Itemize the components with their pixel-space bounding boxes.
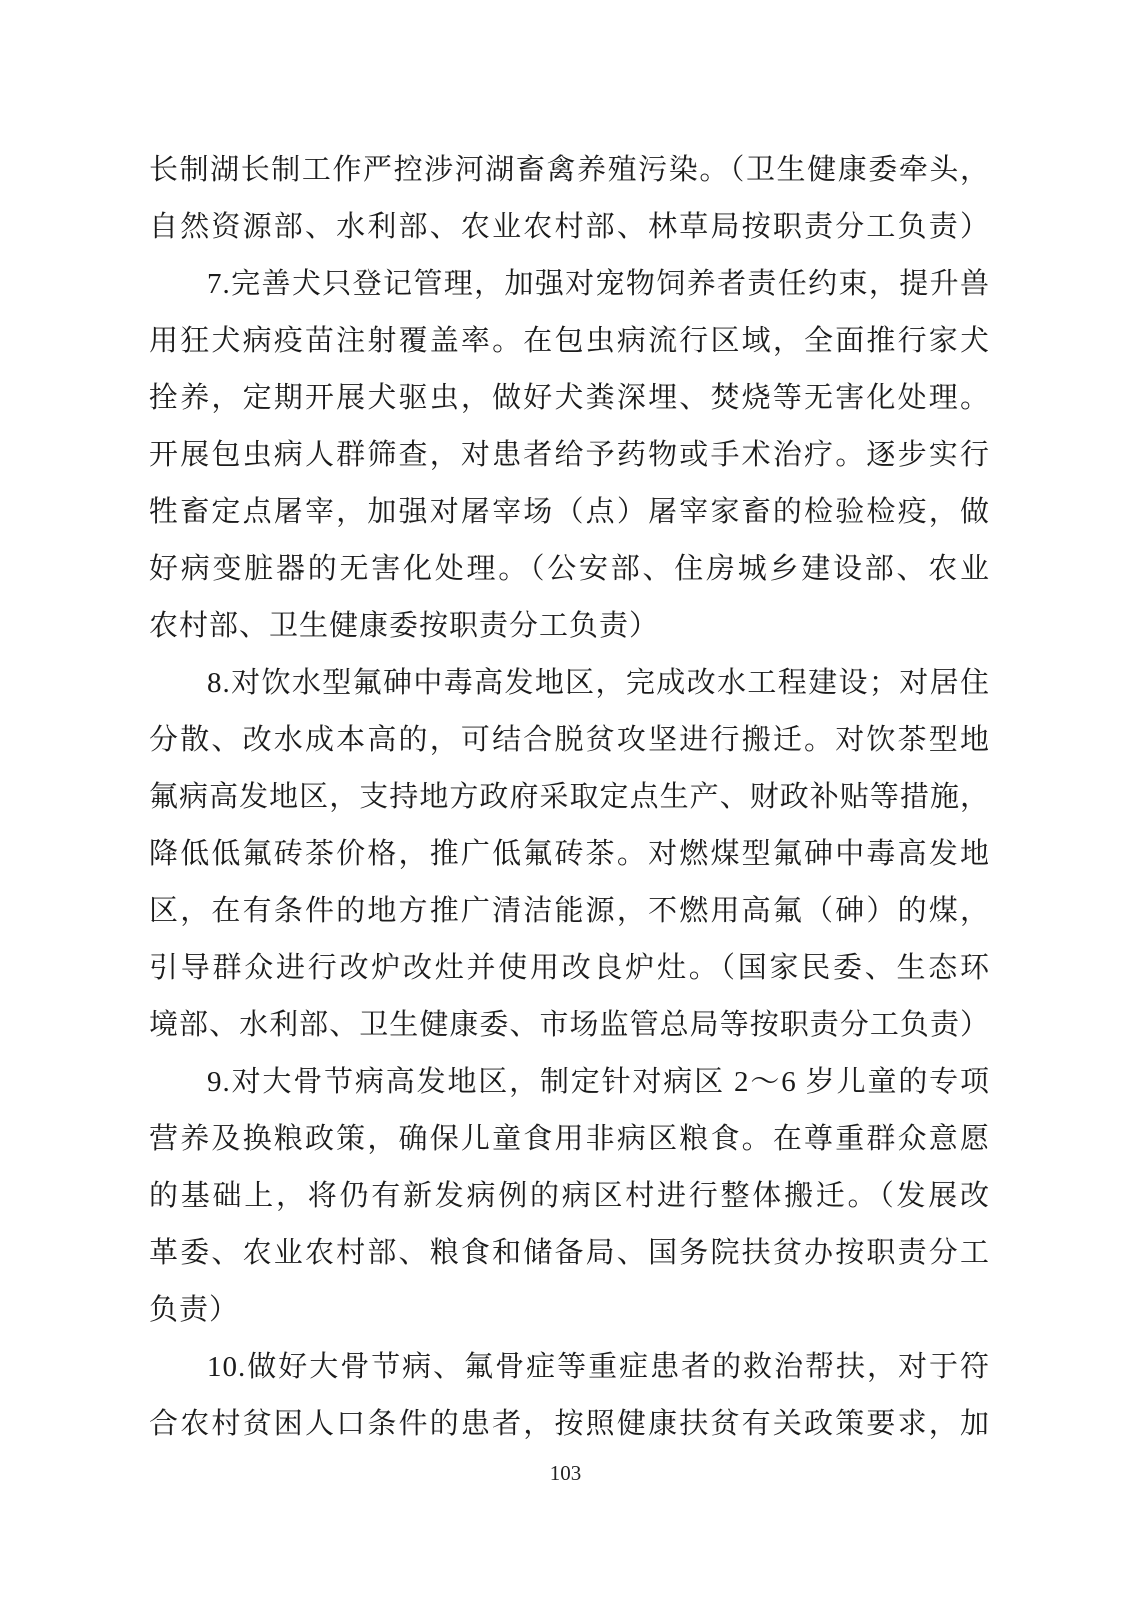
text-line: 营养及换粮政策，确保儿童食用非病区粮食。在尊重群众意愿 xyxy=(149,1111,990,1168)
text-line: 农村部、卫生健康委按职责分工负责） xyxy=(149,598,990,655)
text-line: 引导群众进行改炉改灶并使用改良炉灶。（国家民委、生态环 xyxy=(149,940,990,997)
paragraph-item-10: 10.做好大骨节病、氟骨症等重症患者的救治帮扶，对于符 合农村贫困人口条件的患者… xyxy=(149,1339,990,1453)
text-line: 境部、水利部、卫生健康委、市场监管总局等按职责分工负责） xyxy=(149,997,990,1054)
paragraph-item-7: 7.完善犬只登记管理，加强对宠物饲养者责任约束，提升兽 用狂犬病疫苗注射覆盖率。… xyxy=(149,256,990,655)
text-line: 8.对饮水型氟砷中毒高发地区，完成改水工程建设；对居住 xyxy=(149,655,990,712)
paragraph-item-9: 9.对大骨节病高发地区，制定针对病区 2～6 岁儿童的专项 营养及换粮政策，确保… xyxy=(149,1054,990,1339)
text-line: 革委、农业农村部、粮食和储备局、国务院扶贫办按职责分工 xyxy=(149,1225,990,1282)
text-line: 开展包虫病人群筛查，对患者给予药物或手术治疗。逐步实行 xyxy=(149,427,990,484)
text-line: 负责） xyxy=(149,1282,990,1339)
text-line: 好病变脏器的无害化处理。（公安部、住房城乡建设部、农业 xyxy=(149,541,990,598)
text-line: 的基础上，将仍有新发病例的病区村进行整体搬迁。（发展改 xyxy=(149,1168,990,1225)
text-line: 9.对大骨节病高发地区，制定针对病区 2～6 岁儿童的专项 xyxy=(149,1054,990,1111)
paragraph-continuation: 长制湖长制工作严控涉河湖畜禽养殖污染。（卫生健康委牵头， 自然资源部、水利部、农… xyxy=(149,142,990,256)
document-text: 长制湖长制工作严控涉河湖畜禽养殖污染。（卫生健康委牵头， 自然资源部、水利部、农… xyxy=(149,142,990,1453)
text-line: 区，在有条件的地方推广清洁能源，不燃用高氟（砷）的煤， xyxy=(149,883,990,940)
text-line: 分散、改水成本高的，可结合脱贫攻坚进行搬迁。对饮茶型地 xyxy=(149,712,990,769)
text-line: 拴养，定期开展犬驱虫，做好犬粪深埋、焚烧等无害化处理。 xyxy=(149,370,990,427)
text-line: 牲畜定点屠宰，加强对屠宰场（点）屠宰家畜的检验检疫，做 xyxy=(149,484,990,541)
text-line: 降低低氟砖茶价格，推广低氟砖茶。对燃煤型氟砷中毒高发地 xyxy=(149,826,990,883)
text-line: 10.做好大骨节病、氟骨症等重症患者的救治帮扶，对于符 xyxy=(149,1339,990,1396)
document-page: 长制湖长制工作严控涉河湖畜禽养殖污染。（卫生健康委牵头， 自然资源部、水利部、农… xyxy=(0,0,1131,1600)
text-line: 氟病高发地区，支持地方政府采取定点生产、财政补贴等措施， xyxy=(149,769,990,826)
text-line: 用狂犬病疫苗注射覆盖率。在包虫病流行区域，全面推行家犬 xyxy=(149,313,990,370)
page-number: 103 xyxy=(0,1458,1131,1488)
text-line: 合农村贫困人口条件的患者，按照健康扶贫有关政策要求，加 xyxy=(149,1396,990,1453)
paragraph-item-8: 8.对饮水型氟砷中毒高发地区，完成改水工程建设；对居住 分散、改水成本高的，可结… xyxy=(149,655,990,1054)
text-line: 自然资源部、水利部、农业农村部、林草局按职责分工负责） xyxy=(149,199,990,256)
text-line: 长制湖长制工作严控涉河湖畜禽养殖污染。（卫生健康委牵头， xyxy=(149,142,990,199)
text-line: 7.完善犬只登记管理，加强对宠物饲养者责任约束，提升兽 xyxy=(149,256,990,313)
